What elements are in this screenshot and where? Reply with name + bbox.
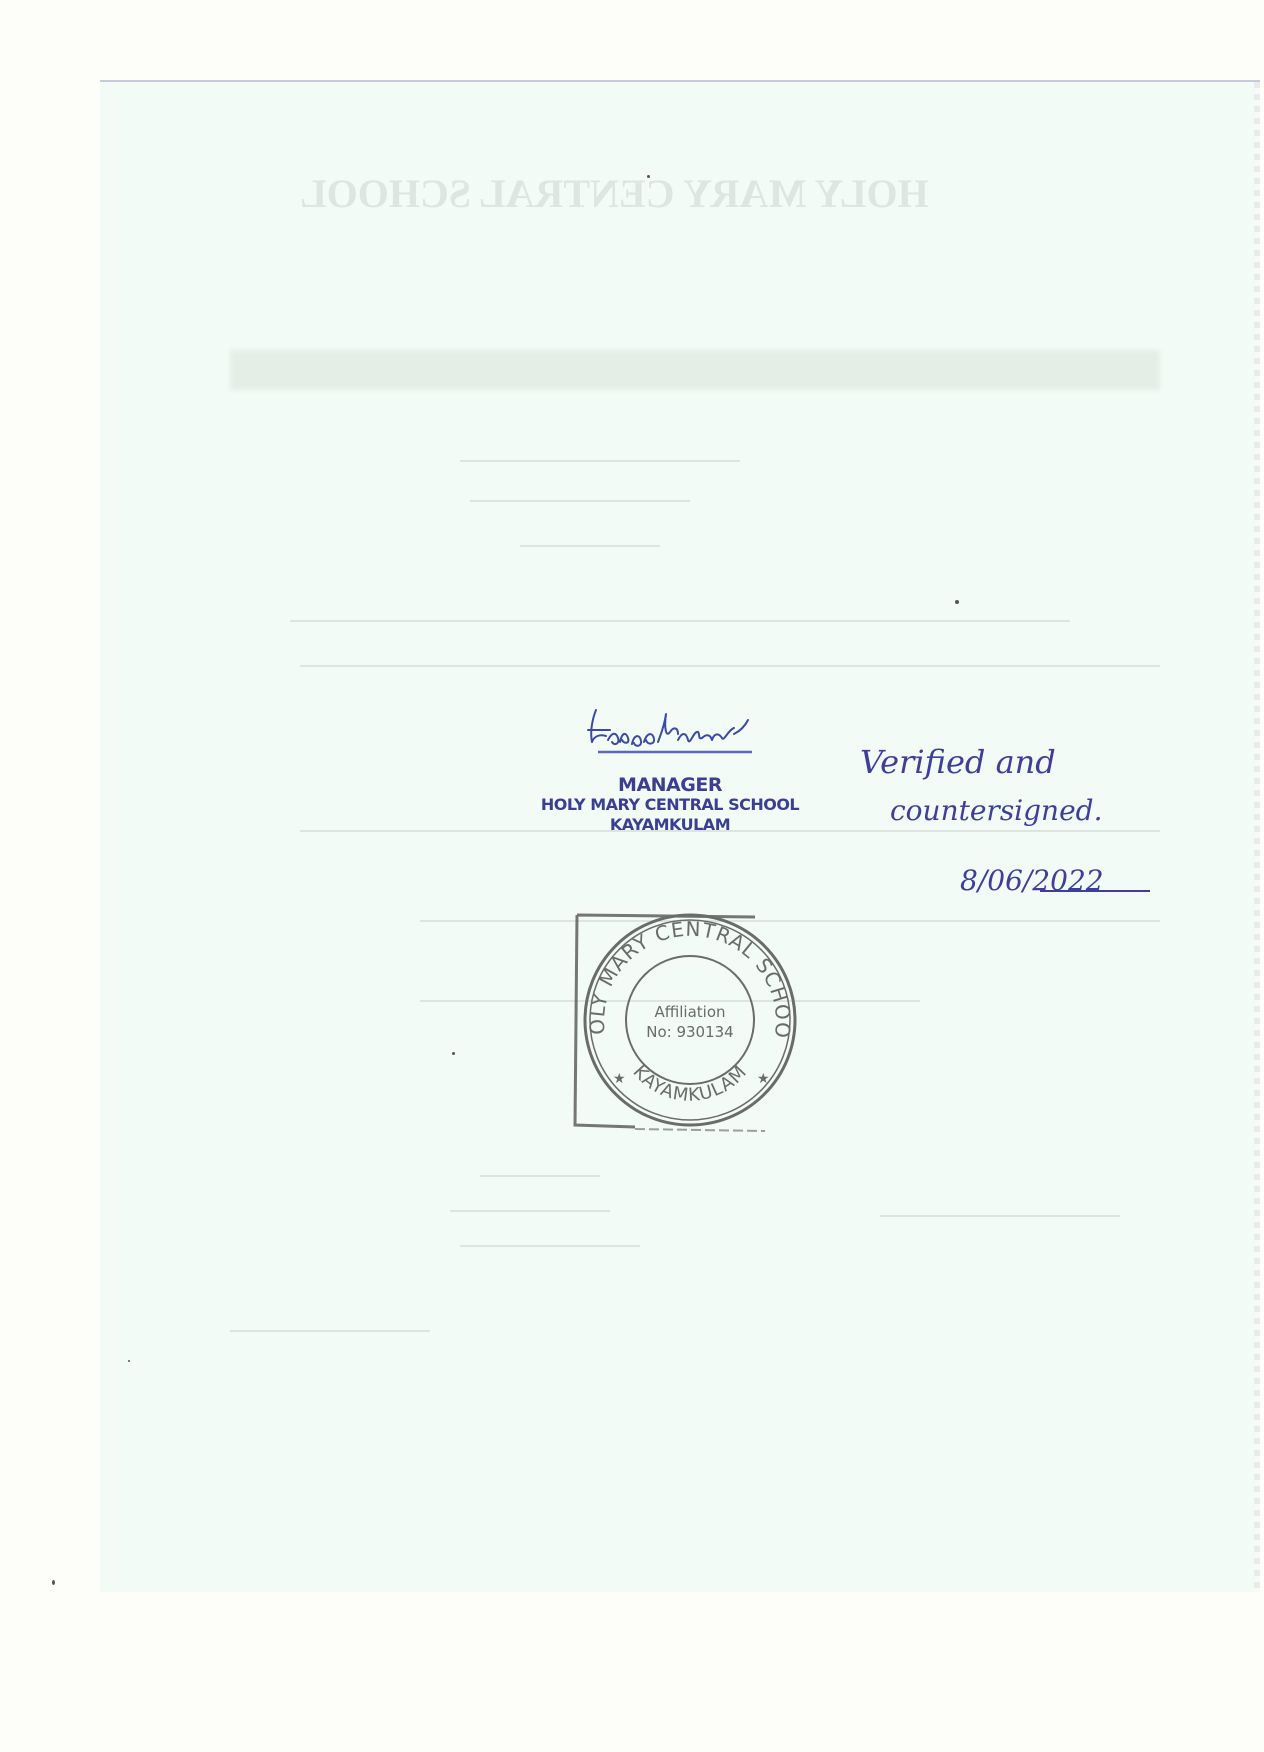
bleed-through-line: [290, 620, 1070, 622]
bleed-through-line: [880, 1215, 1120, 1217]
bleed-through-line: [450, 1210, 610, 1212]
manager-stamp: MANAGER HOLY MARY CENTRAL SCHOOL KAYAMKU…: [500, 775, 840, 835]
scan-speck: [452, 1052, 455, 1055]
scan-speck: [647, 175, 650, 178]
bleed-through-band: [230, 350, 1160, 390]
stamp-school-name: HOLY MARY CENTRAL SCHOOL: [500, 795, 840, 815]
school-seal: HOLY MARY CENTRAL SCHOOL KAYAMKULAM Affi…: [565, 895, 815, 1145]
note-date: 8/06/2022: [960, 864, 1104, 897]
scan-speck: [128, 1360, 130, 1362]
verification-note: Verified and countersigned. 8/06/2022: [860, 745, 1160, 915]
seal-star-left: ★: [613, 1071, 626, 1087]
bleed-through-line: [470, 500, 690, 502]
bleed-through-line: [300, 665, 1160, 667]
perforated-edge: [1254, 82, 1260, 1592]
seal-star-right: ★: [757, 1071, 770, 1087]
bleed-through-line: [460, 1245, 640, 1247]
note-line-1: Verified and: [860, 745, 1056, 781]
bleed-through-line: [520, 545, 660, 547]
seal-inner-line-2: No: 930134: [646, 1023, 733, 1041]
bleed-through-line: [460, 460, 740, 462]
scan-speck: [52, 1580, 55, 1585]
stamp-place: KAYAMKULAM: [500, 815, 840, 835]
manager-signature: [580, 700, 760, 760]
stamp-title: MANAGER: [500, 775, 840, 795]
note-line-2: countersigned.: [890, 794, 1103, 827]
bleed-through-line: [480, 1175, 600, 1177]
scan-speck: [955, 600, 959, 604]
bleed-through-header: HOLY MARY CENTRAL SCHOOL: [300, 170, 929, 217]
seal-inner-line-1: Affiliation: [654, 1003, 725, 1021]
bleed-through-line: [230, 1330, 430, 1332]
